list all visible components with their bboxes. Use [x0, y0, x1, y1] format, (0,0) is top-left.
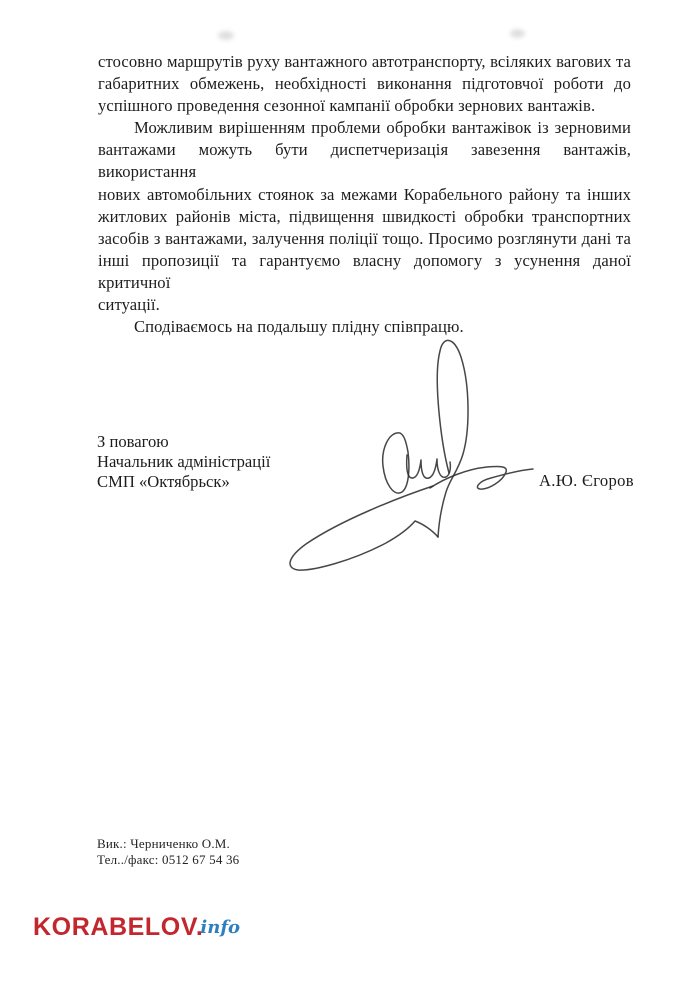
letter-line: нових автомобільних стоянок за межами Ко… [98, 184, 631, 206]
closing-salutation: З повагою [97, 432, 270, 452]
closing-block: З повагою Начальник адміністрації СМП «О… [97, 432, 270, 492]
scan-smudge [218, 31, 234, 40]
letter-line: габаритних обмежень, необхідності викона… [98, 73, 631, 95]
signature-scribble-icon [275, 330, 545, 585]
letter-line: Можливим вирішенням проблеми обробки ван… [98, 117, 631, 139]
letter-line: вантажами можуть бути диспетчеризація за… [98, 139, 631, 183]
letter-line: успішного проведення сезонної кампанії о… [98, 95, 631, 117]
letter-line: житлових районів міста, підвищення швидк… [98, 206, 631, 228]
letter-body: стосовно маршрутів руху вантажного автот… [98, 51, 631, 338]
letter-line: засобів з вантажами, залучення поліції т… [98, 228, 631, 250]
letter-line: ситуації. [98, 294, 631, 316]
letter-line: інші пропозиції та гарантуємо власну доп… [98, 250, 631, 294]
phone-fax-line: Тел../факс: 0512 67 54 36 [97, 852, 239, 868]
closing-organization: СМП «Октябрьск» [97, 472, 270, 492]
logo-brand-text: KORABELOV. [33, 913, 203, 941]
scanned-letter-page: стосовно маршрутів руху вантажного автот… [0, 0, 700, 990]
korabelov-watermark-logo: KORABELOV.info [33, 913, 243, 942]
closing-title: Начальник адміністрації [97, 452, 270, 472]
logo-suffix-text: info [200, 917, 240, 938]
footer-block: Вик.: Черниченко О.М. Тел../факс: 0512 6… [97, 836, 239, 868]
executor-line: Вик.: Черниченко О.М. [97, 836, 239, 852]
letter-line: стосовно маршрутів руху вантажного автот… [98, 51, 631, 73]
signee-name: А.Ю. Єгоров [539, 471, 634, 491]
scan-smudge [510, 29, 525, 38]
